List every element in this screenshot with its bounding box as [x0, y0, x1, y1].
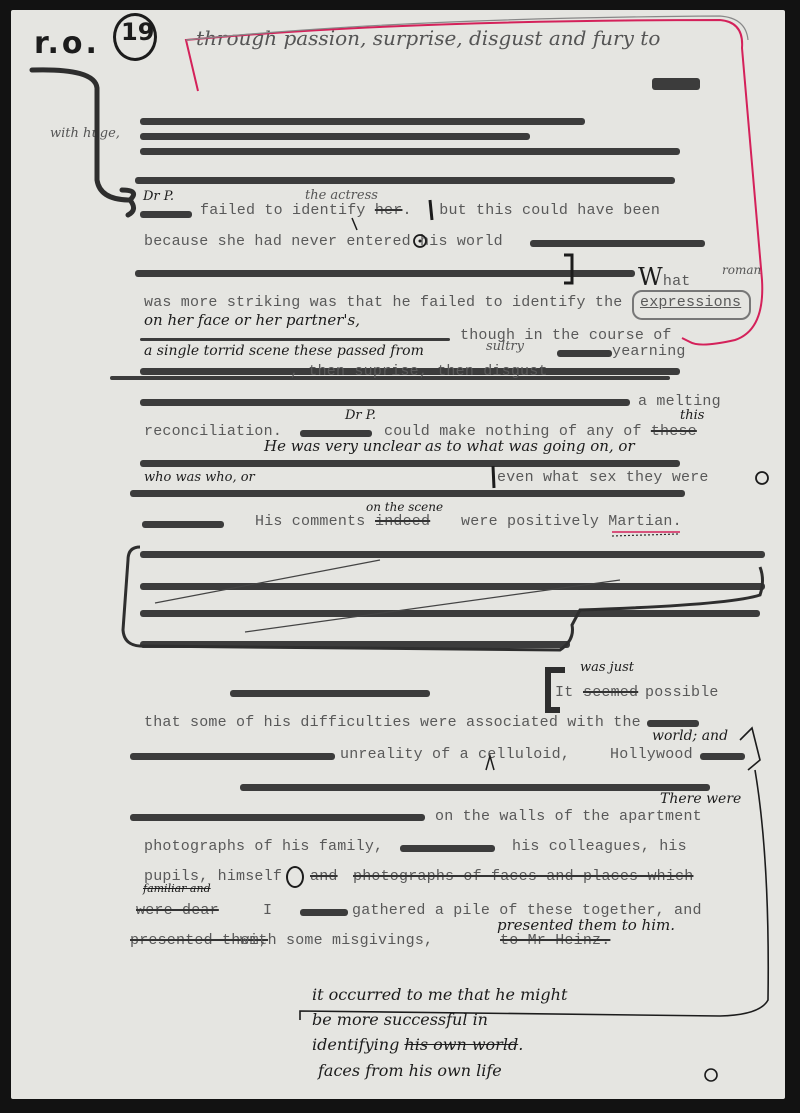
hw-roman: roman	[722, 263, 761, 277]
typed-line: It	[555, 684, 573, 701]
typed-line: unreality of a celluloid,	[340, 746, 570, 763]
strikeout	[140, 641, 570, 648]
strikeout	[142, 521, 224, 528]
strikeout	[140, 118, 585, 125]
hw-this: this	[680, 408, 704, 423]
hw-world-and: world; and	[652, 728, 728, 744]
top-annotation: through passion, surprise, disgust and f…	[196, 26, 660, 50]
typed-line: on the walls of the apartment	[435, 808, 702, 825]
strikeout	[135, 177, 675, 184]
typed-line: failed to identify her. but this could h…	[200, 202, 660, 219]
page-number: 19	[121, 18, 154, 46]
strikeout	[300, 430, 372, 437]
strikeout	[240, 784, 710, 791]
strikeout	[647, 720, 699, 727]
typed-line: possible	[645, 684, 719, 701]
strikeout	[130, 490, 685, 497]
strikeout	[135, 270, 635, 277]
typed-line: His comments	[255, 513, 365, 530]
strikeout	[300, 909, 348, 916]
strikeout	[140, 338, 450, 341]
hw-dr-p: Dr P.	[345, 408, 376, 423]
typed-struck-word: seemed	[583, 684, 638, 701]
typed-line: reconciliation.	[144, 423, 282, 440]
circled-word	[632, 290, 751, 320]
hw-was-just: was just	[580, 660, 634, 675]
strikeout	[140, 551, 765, 558]
hw-unclear: He was very unclear as to what was going…	[264, 437, 635, 455]
strikeout	[140, 460, 680, 467]
strikeout	[140, 610, 760, 617]
hw-dr-p: Dr P.	[143, 189, 174, 204]
hw-note-line4: faces from his own life	[318, 1061, 502, 1080]
hw-who-was-who: who was who, or	[144, 470, 255, 485]
hw-on-the-scene: on the scene	[366, 500, 443, 514]
hw-note-line1: it occurred to me that he might	[312, 985, 567, 1004]
strikeout	[140, 583, 765, 590]
strikeout	[140, 133, 530, 140]
strikeout	[700, 753, 745, 760]
typed-line: even what sex they were	[497, 469, 709, 486]
typed-struck-word: indeed	[375, 513, 430, 530]
typed-struck-word: and	[310, 868, 338, 885]
typed-line: What	[638, 263, 690, 291]
hw-note-line2: be more successful in	[312, 1010, 488, 1029]
strikeout	[130, 814, 425, 821]
hw-familiar-and: familiar and	[143, 882, 211, 895]
typed-line: I	[263, 902, 272, 919]
strikeout	[652, 78, 700, 90]
strikeout	[130, 753, 335, 760]
typed-line struck: photographs of faces and places which	[353, 868, 693, 885]
typed-line: his colleagues, his	[512, 838, 687, 855]
ref-label: r.o.	[34, 26, 100, 61]
hw-single-torrid: a single torrid scene these passed from	[144, 343, 424, 359]
strikeout	[530, 240, 705, 247]
typed-struck-word: were dear	[136, 902, 219, 919]
typed-struck-phrase: to Mr Heinz.	[500, 932, 610, 949]
strikeout	[140, 399, 630, 406]
hw-sultry: sultry	[486, 339, 524, 354]
typed-line: was more striking was that he failed to …	[144, 294, 622, 311]
hw-note-line3: identifying his own world.	[312, 1035, 523, 1054]
typed-line: , then suprise, then disgust	[290, 363, 548, 380]
strikeout	[140, 148, 680, 155]
typed-line: with some misgivings,	[240, 932, 433, 949]
typed-line: yearning	[612, 343, 686, 360]
strikeout	[400, 845, 495, 852]
typed-line: photographs of his family,	[144, 838, 383, 855]
strikeout	[557, 350, 612, 357]
typed-line: because she had never entered his world	[144, 233, 503, 250]
strikeout	[140, 211, 192, 218]
typed-line: were positively Martian.	[461, 513, 682, 530]
typed-line: that some of his difficulties were assoc…	[144, 714, 641, 731]
margin-note-with-huge: with huge,	[50, 126, 120, 141]
hw-on-her-face: on her face or her partner's,	[144, 311, 360, 329]
hw-the-actress: the actress	[305, 188, 378, 203]
typed-line: Hollywood	[610, 746, 693, 763]
hw-there-were: There were	[660, 791, 741, 807]
insertion-circle	[286, 866, 304, 888]
strikeout	[230, 690, 430, 697]
